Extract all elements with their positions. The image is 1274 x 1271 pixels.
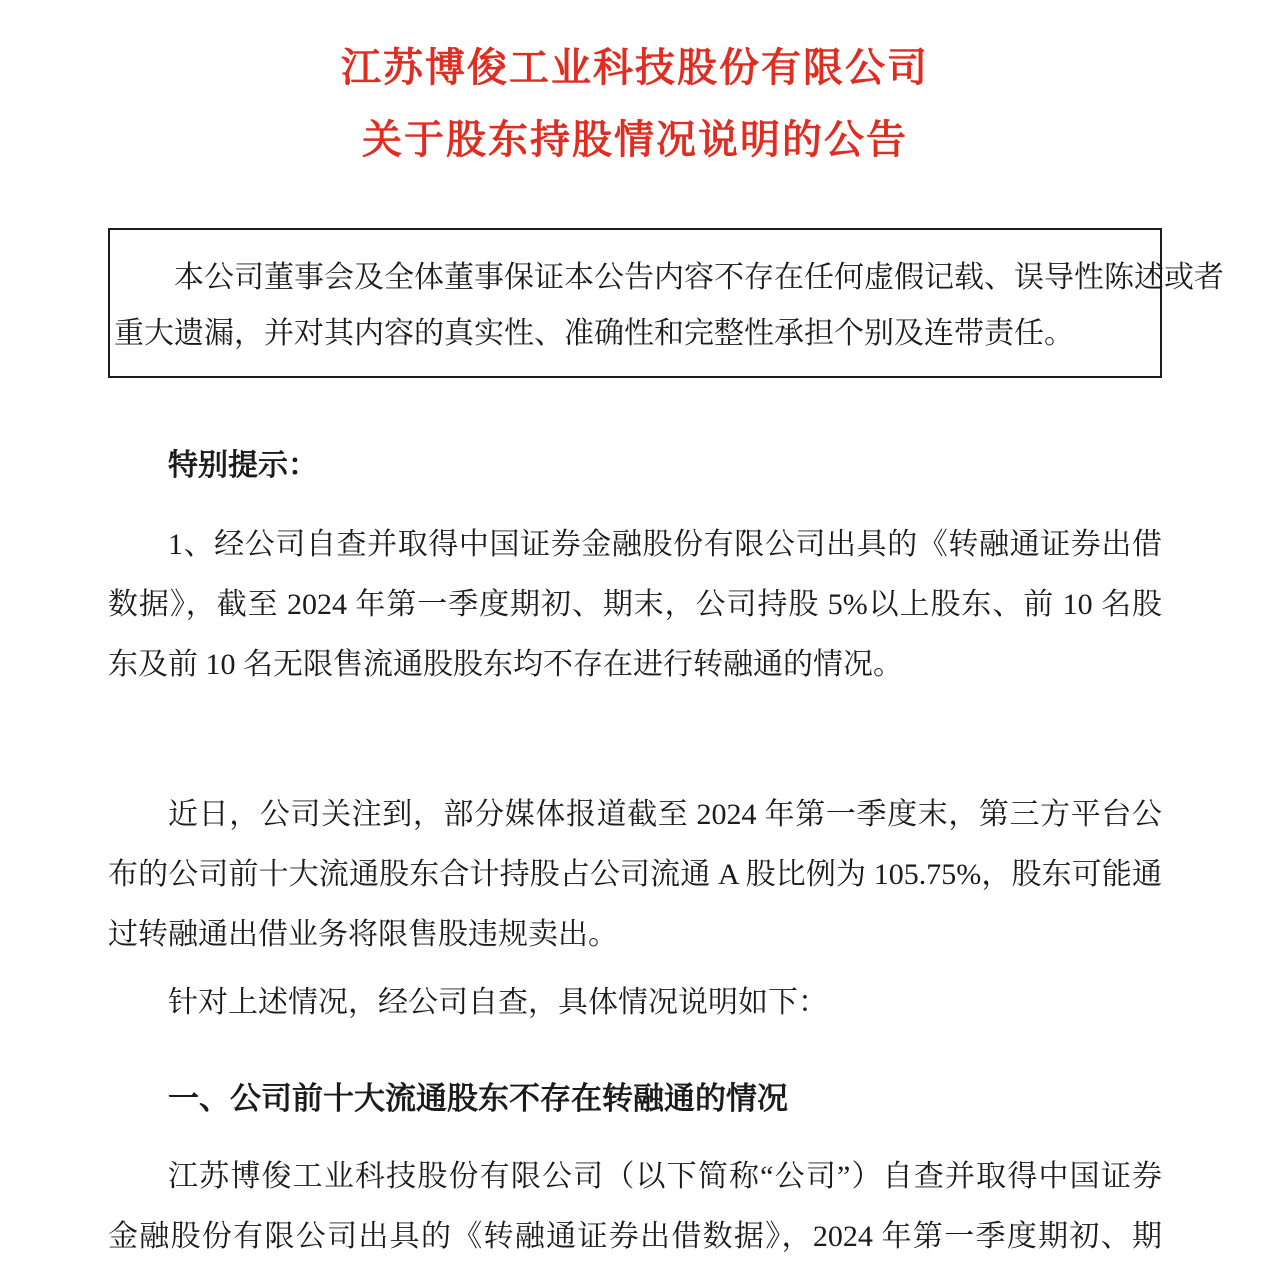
special-notice-heading: 特别提示： <box>108 436 1162 496</box>
paragraph-4-line-2: 金融股份有限公司出具的《转融通证券出借数据》，2024 年第一季度期初、期 <box>108 1207 1162 1267</box>
paragraph-1-line-1: 1、经公司自查并取得中国证券金融股份有限公司出具的《转融通证券出借 <box>108 515 1162 575</box>
paragraph-2-line-1: 近日，公司关注到，部分媒体报道截至 2024 年第一季度末，第三方平台公 <box>108 785 1162 845</box>
paragraph-3-line-1: 针对上述情况，经公司自查，具体情况说明如下： <box>108 973 1162 1033</box>
paragraph-self-inspection: 1、经公司自查并取得中国证券金融股份有限公司出具的《转融通证券出借 数据》，截至… <box>108 515 1162 695</box>
paragraph-section-1-body: 江苏博俊工业科技股份有限公司（以下简称“公司”）自查并取得中国证券 金融股份有限… <box>108 1147 1162 1267</box>
paragraph-explanation-intro: 针对上述情况，经公司自查，具体情况说明如下： <box>108 973 1162 1033</box>
paragraph-2-line-3: 过转融通出借业务将限售股违规卖出。 <box>108 905 1162 965</box>
document-title-subject: 关于股东持股情况说明的公告 <box>108 116 1162 164</box>
paragraph-2-line-2: 布的公司前十大流通股东合计持股占公司流通 A 股比例为 105.75%，股东可能… <box>108 845 1162 905</box>
paragraph-media-report: 近日，公司关注到，部分媒体报道截至 2024 年第一季度末，第三方平台公 布的公… <box>108 785 1162 965</box>
document-title-company-name: 江苏博俊工业科技股份有限公司 <box>108 44 1162 92</box>
disclaimer-line-2: 重大遗漏，并对其内容的真实性、准确性和完整性承担个别及连带责任。 <box>114 306 1154 362</box>
disclaimer-line-1: 本公司董事会及全体董事保证本公告内容不存在任何虚假记载、误导性陈述或者 <box>114 250 1154 306</box>
paragraph-1-line-2: 数据》，截至 2024 年第一季度期初、期末，公司持股 5%以上股东、前 10 … <box>108 575 1162 635</box>
document-content: 江苏博俊工业科技股份有限公司 关于股东持股情况说明的公告 本公司董事会及全体董事… <box>0 44 1274 1267</box>
paragraph-1-line-3: 东及前 10 名无限售流通股股东均不存在进行转融通的情况。 <box>108 635 1162 695</box>
announcement-document: 江苏博俊工业科技股份有限公司 关于股东持股情况说明的公告 本公司董事会及全体董事… <box>0 0 1274 1271</box>
section-1-heading: 一、公司前十大流通股东不存在转融通的情况 <box>108 1069 1162 1129</box>
paragraph-4-line-1: 江苏博俊工业科技股份有限公司（以下简称“公司”）自查并取得中国证券 <box>108 1147 1162 1207</box>
disclaimer-box: 本公司董事会及全体董事保证本公告内容不存在任何虚假记载、误导性陈述或者 重大遗漏… <box>108 228 1162 378</box>
